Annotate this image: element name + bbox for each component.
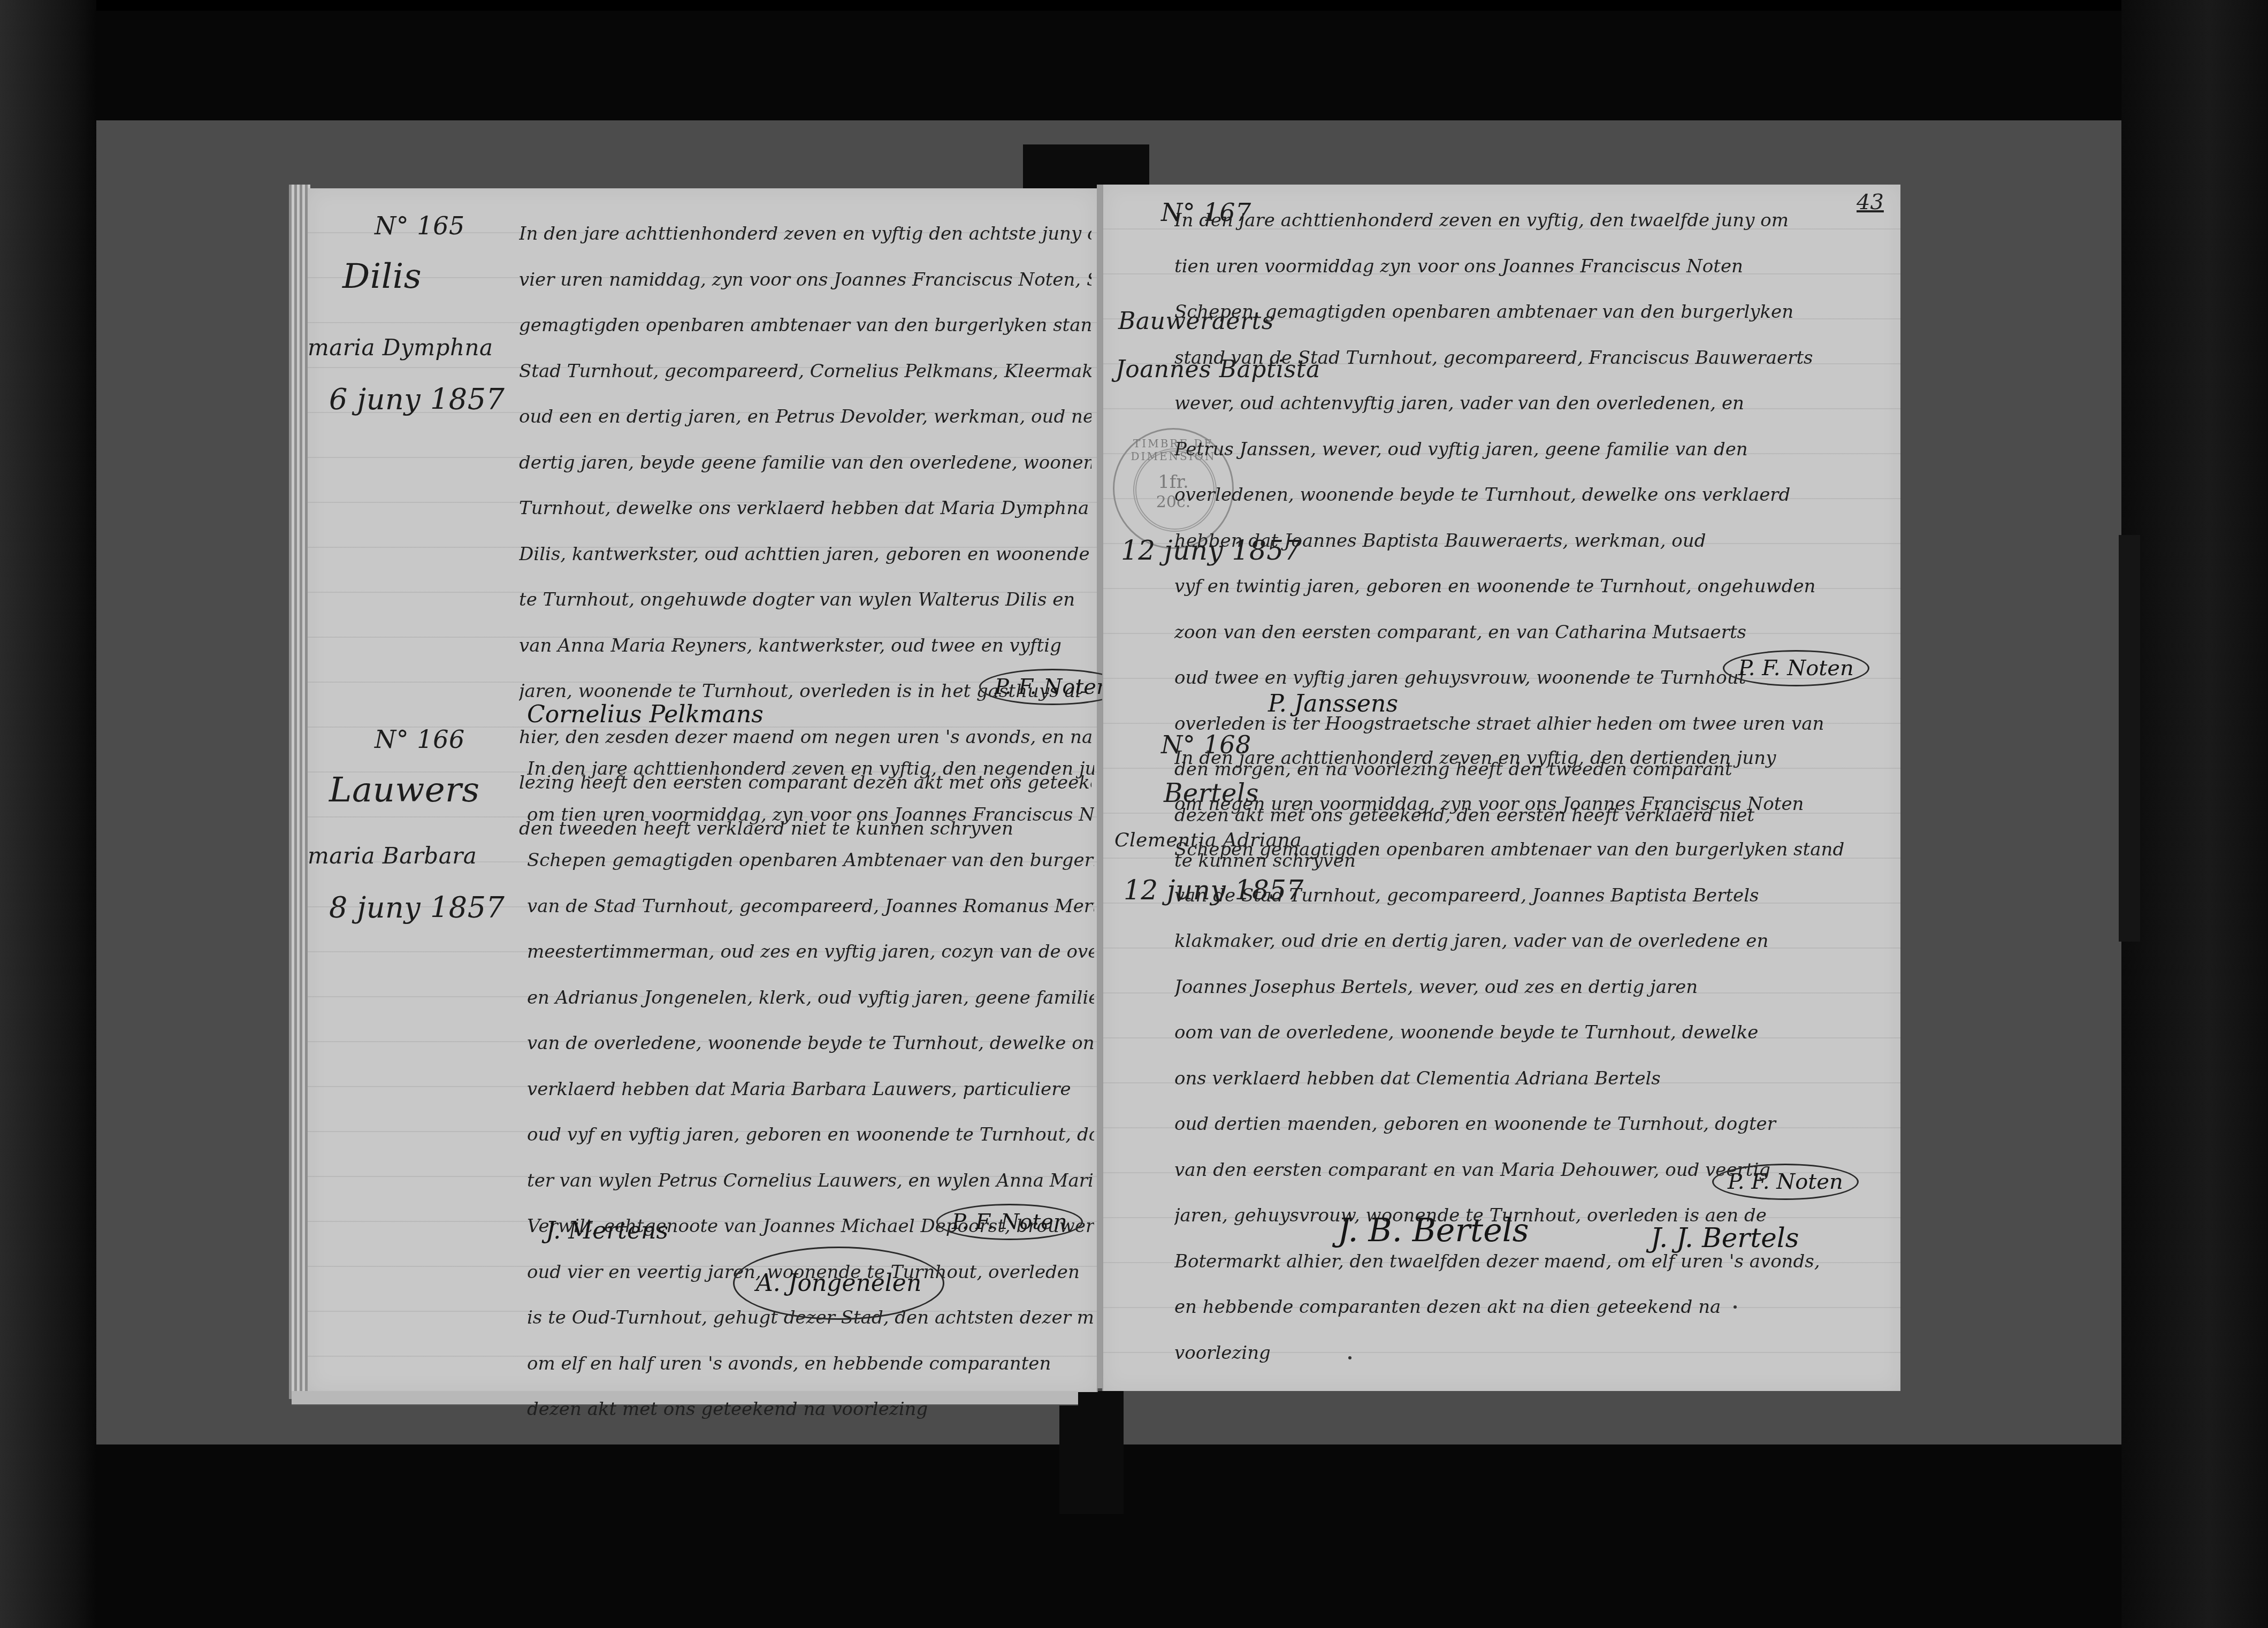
- text-line: verklaerd hebben dat Maria Barbara Lauwe…: [527, 1067, 1094, 1113]
- text-line: van de Stad Turnhout, gecompareerd, Joan…: [527, 884, 1094, 930]
- entry-surname: Lauwers: [329, 770, 479, 810]
- text-line: wever, oud achtenvyftig jaren, vader van…: [1174, 381, 1897, 427]
- text-line: ons verklaerd hebben dat Clementia Adria…: [1174, 1056, 1897, 1102]
- signature-official: P. F. Noten: [936, 1204, 1083, 1240]
- entry-number: N° 166: [375, 725, 465, 754]
- text-line: en hebbende comparanten dezen akt na die…: [1174, 1285, 1897, 1331]
- text-line: om tien uren voormiddag, zyn voor ons Jo…: [527, 792, 1094, 838]
- entry-text: In den jare achttienhonderd zeven en vyf…: [527, 746, 1094, 1433]
- ink-speck: [1734, 1305, 1737, 1309]
- text-line: Dilis, kantwerkster, oud achttien jaren,…: [519, 532, 1091, 578]
- signature-witness: J. J. Bertels: [1651, 1222, 1799, 1254]
- text-line: van Anna Maria Reyners, kantwerkster, ou…: [519, 623, 1091, 669]
- text-line: In den jare achttienhonderd zeven en vyf…: [1174, 736, 1897, 782]
- entry-surname: Dilis: [342, 257, 422, 296]
- entry-given-names: maria Dymphna: [308, 334, 493, 361]
- text-line: Joannes Josephus Bertels, wever, oud zes…: [1174, 965, 1897, 1011]
- film-top-edge: [0, 0, 2268, 11]
- film-frame-left: [0, 0, 96, 1628]
- text-line: oom van de overledene, woonende beyde te…: [1174, 1010, 1897, 1056]
- text-line: gemagtigden openbaren ambtenaer van den …: [519, 303, 1091, 349]
- ink-speck: [1348, 1356, 1351, 1359]
- text-line: om negen uren voormiddag, zyn voor ons J…: [1174, 782, 1897, 828]
- text-line: overledenen, woonende beyde te Turnhout,…: [1174, 472, 1897, 518]
- text-line: dezen akt met ons geteekend na voorlezin…: [527, 1387, 1094, 1433]
- text-line: In den jare achttienhonderd zeven en vyf…: [519, 211, 1091, 257]
- signature-witness: Cornelius Pelkmans: [527, 701, 763, 728]
- signature-father: J. B. Bertels: [1338, 1212, 1529, 1249]
- signature-official: P. F. Noten: [1723, 650, 1869, 686]
- text-line: Stad Turnhout, gecompareerd, Cornelius P…: [519, 349, 1091, 395]
- text-line: tien uren voormiddag zyn voor ons Joanne…: [1174, 244, 1897, 290]
- entry-number: N° 165: [375, 211, 465, 240]
- entry-given-names: maria Barbara: [308, 843, 477, 869]
- text-line: Turnhout, dewelke ons verklaerd hebben d…: [519, 486, 1091, 532]
- text-line: om elf en half uren 's avonds, en hebben…: [527, 1341, 1094, 1387]
- text-line: In den jare achttienhonderd zeven en vyf…: [527, 746, 1094, 792]
- text-line: van de Stad Turnhout, gecompareerd, Joan…: [1174, 873, 1897, 919]
- text-line: Schepen gemagtigden openbaren ambtenaer …: [1174, 827, 1897, 873]
- text-line: oud vyf en vyftig jaren, geboren en woon…: [527, 1112, 1094, 1158]
- entry-date: 8 juny 1857: [329, 891, 505, 924]
- text-line: hebben dat Joannes Baptista Bauweraerts,…: [1174, 518, 1897, 564]
- text-line: oud een en dertig jaren, en Petrus Devol…: [519, 394, 1091, 440]
- signature-witness: A. Jongenelen: [733, 1247, 944, 1320]
- text-line: stand van de Stad Turnhout, gecompareerd…: [1174, 335, 1897, 381]
- text-line: klakmaker, oud drie en dertig jaren, vad…: [1174, 919, 1897, 965]
- text-line: meestertimmerman, oud zes en vyftig jare…: [527, 929, 1094, 975]
- film-frame-right: [2121, 0, 2268, 1628]
- signature-witness: J. Mertens: [546, 1217, 668, 1244]
- text-line: Schepen gemagtigden openbaren Ambtenaer …: [527, 838, 1094, 884]
- text-line: ter van wylen Petrus Cornelius Lauwers, …: [527, 1158, 1094, 1204]
- page-edges-stack: [289, 185, 310, 1399]
- frame-edge-mark: [2119, 535, 2140, 942]
- entry-date: 6 juny 1857: [329, 383, 505, 416]
- signature-official: P. F. Noten: [1712, 1164, 1859, 1200]
- text-line: In den jare achttienhonderd zeven en vyf…: [1174, 198, 1897, 244]
- text-line: en Adrianus Jongenelen, klerk, oud vyfti…: [527, 975, 1094, 1021]
- entry-text: In den jare achttienhonderd zeven en vyf…: [1174, 736, 1897, 1376]
- text-line: vier uren namiddag, zyn voor ons Joannes…: [519, 257, 1091, 303]
- text-line: zoon van den eersten comparant, en van C…: [1174, 610, 1897, 656]
- text-line: vyf en twintig jaren, geboren en woonend…: [1174, 564, 1897, 610]
- text-line: Petrus Janssen, wever, oud vyftig jaren,…: [1174, 427, 1897, 473]
- text-line: Schepen, gemagtigden openbaren ambtenaer…: [1174, 289, 1897, 335]
- signature-witness: P. Janssens: [1268, 690, 1398, 717]
- text-line: van de overledene, woonende beyde te Tur…: [527, 1021, 1094, 1067]
- text-line: oud dertien maenden, geboren en woonende…: [1174, 1102, 1897, 1148]
- text-line: voorlezing: [1174, 1331, 1897, 1377]
- text-line: te Turnhout, ongehuwde dogter van wylen …: [519, 577, 1091, 623]
- text-line: dertig jaren, beyde geene familie van de…: [519, 440, 1091, 486]
